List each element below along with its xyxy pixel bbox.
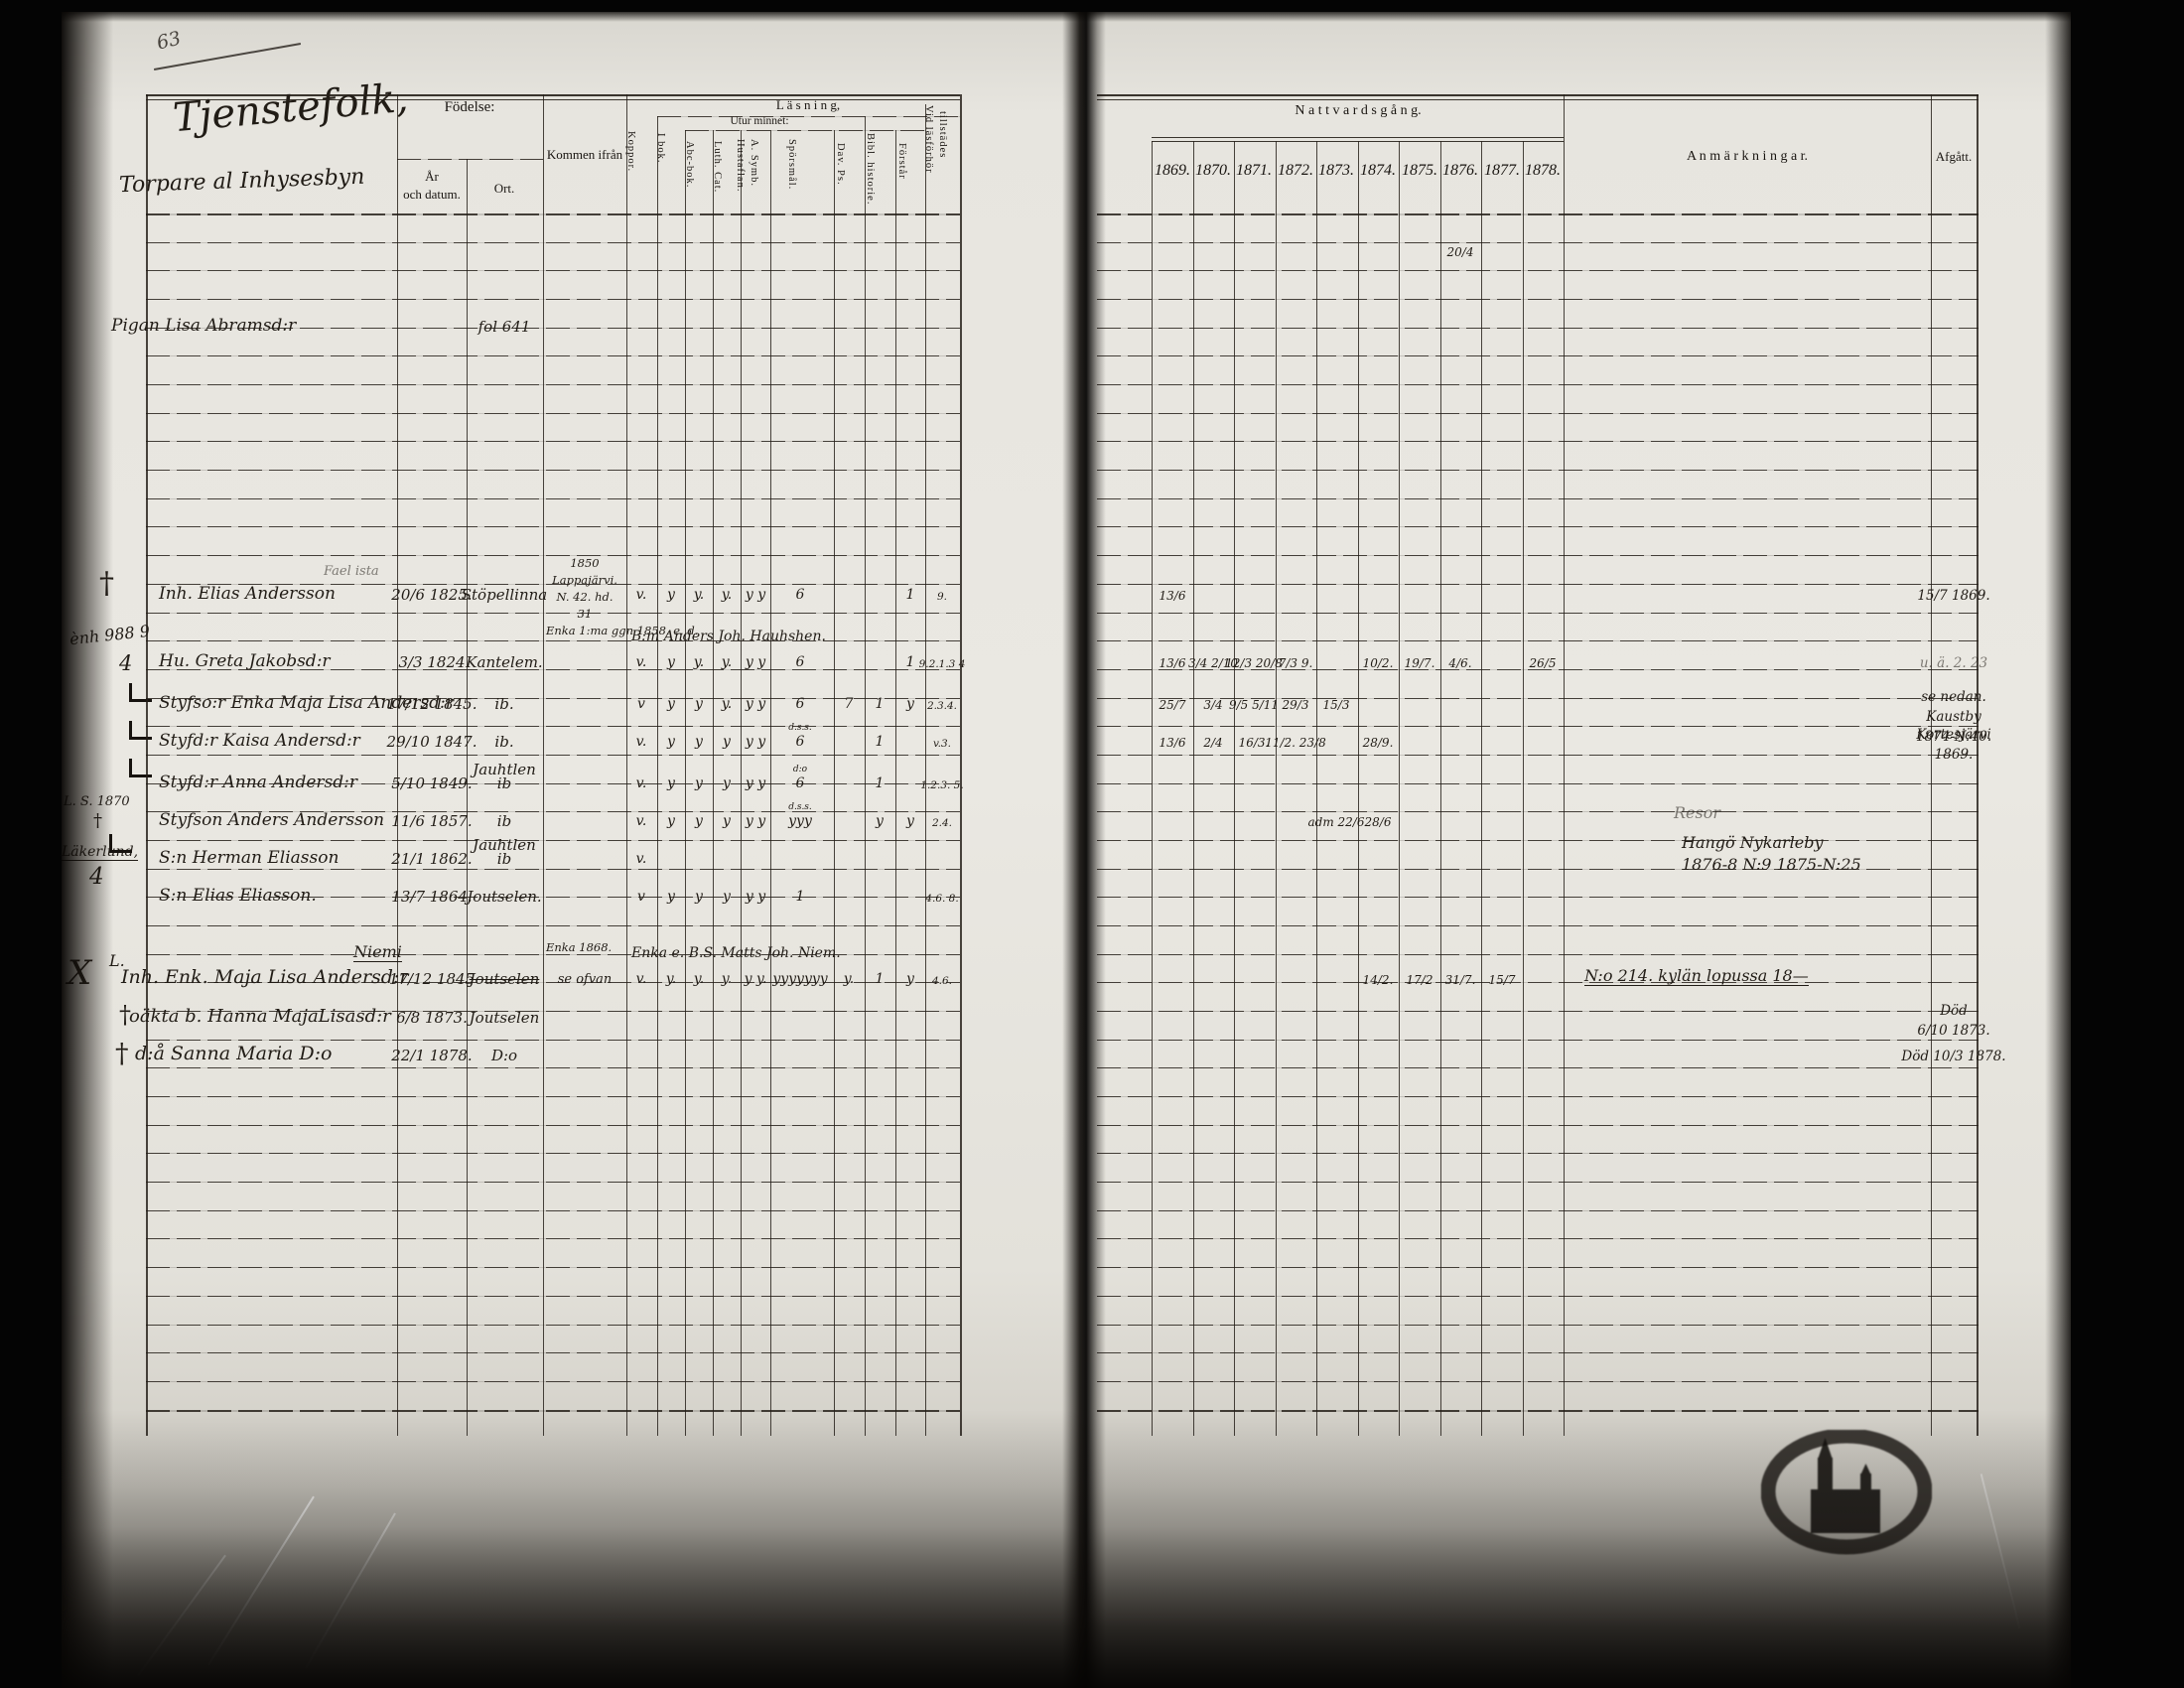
grid-hline [146,99,960,100]
grid-hline [146,1296,960,1297]
departed-note: Död 10/3 1878. [1901,1049,2005,1064]
entry-name-note: Niemi [353,942,402,962]
grid-hline [1097,1267,1979,1268]
reading-mark: y y [746,654,765,670]
grid-hline [146,1210,960,1211]
entry-name: S:n Herman Eliasson [159,848,339,868]
grid-hline [146,840,960,841]
reading-mark: 6 [796,775,805,791]
year-label: 1870. [1195,162,1231,180]
reading-mark: y. [722,587,733,603]
year-label: 1872. [1278,162,1313,180]
margin-bracket [129,759,152,777]
grid-hline [1097,1296,1979,1297]
scanned-ledger-page: 63 Tjenstefolk, Torpare al Inhysesbyn Fö… [0,0,2184,1688]
book-gutter-shadow [1062,12,1106,1688]
reading-mark: y. [722,654,733,670]
margin-bracket [129,721,152,740]
grid-hline [1097,1325,1979,1326]
reading-mark: y [876,813,884,829]
margin-four-b: 4 [89,864,104,890]
remark-note: N:o 214. kylän lopussa 18— [1584,966,1809,986]
section-title-script: Tjenstefolk, [171,75,410,142]
reading-mark: v. [636,587,647,603]
departed-note: 15/7 1869. [1917,588,1989,604]
grid-hline [146,1352,960,1353]
remark-note: 1876-8 N:9 1875-N:25 [1682,855,1861,874]
grid-hline [1097,270,1979,271]
communion-date: 3/4 [1203,698,1222,712]
departed-note: u. ä. 2. 23 [1920,655,1987,671]
grid-hline [146,925,960,926]
header-birth-group: Födelse: [445,99,495,116]
grid-hline [1097,213,1979,215]
paper-sheet: 63 Tjenstefolk, Torpare al Inhysesbyn Fö… [62,12,2071,1688]
reading-mark: y. [844,971,855,987]
year-label: 1878. [1525,162,1561,180]
grid-hline [1097,982,1979,983]
grid-hline [1097,897,1979,898]
margin-bracket [129,683,152,702]
grid-vline [834,130,835,1436]
reading-mark: yyyyyyy [772,971,827,987]
scan-scratch [305,1513,396,1669]
year-label: 1871. [1236,162,1272,180]
grid-hline [146,1325,960,1326]
entry-name-note: Fael ista [324,564,379,579]
grid-hline [1097,94,1979,96]
reading-mark: y [695,775,703,791]
grid-hline [1097,1182,1979,1183]
reading-mark: v [637,889,645,905]
header-bibl-hist: Bibl. historie. [865,133,876,205]
grid-vline [1234,141,1235,1436]
entry-birth-place: ib [497,812,511,830]
communion-date: 20/4 [1447,245,1474,259]
reading-mark: v. [636,775,647,791]
grid-vline [146,94,148,1436]
communion-date: 9/5 5/11 [1229,698,1279,712]
reading-mark: y y. [745,971,767,987]
entry-born-date: 22/1 1878. [391,1047,472,1064]
entry-come-from-note: Enka 1868. [546,940,612,954]
entry-born-date: 21/1 1862. [391,850,472,868]
header-forstar: Förstår [896,143,907,180]
year-label: 1873. [1318,162,1354,180]
grid-hline [1097,555,1979,556]
entry-come-from: N. 42. hd. [556,590,613,604]
departed-note: 1869. [1935,747,1974,763]
entry-birth-place: Kantelem. [466,653,542,671]
grid-vline [397,94,398,1436]
grid-vline [1276,141,1277,1436]
grid-hline [1097,1381,1979,1382]
header-birth-date-2: och datum. [403,187,461,203]
entry-birth-place-note: Jauhtlen [473,836,536,854]
entry-come-from: se ofvan [558,972,613,987]
grid-hline [1097,384,1979,385]
communion-date: adm 22/6 [1308,815,1365,829]
grid-hline [146,1067,960,1068]
corner-page-number: 63 [155,27,184,54]
grid-hline [1097,1238,1979,1239]
scan-scratch [207,1496,315,1666]
grid-hline [1097,498,1979,499]
grid-vline [1977,94,1979,1436]
reading-mark: y [667,734,675,750]
grid-vline [1399,141,1400,1436]
header-birth-date-1: År [425,169,439,185]
grid-hline [1097,1067,1979,1068]
remark-note: Resor [1674,803,1720,822]
header-departed: Afgått. [1936,149,1972,165]
grid-vline [895,130,896,1436]
grid-vline [657,116,658,1436]
grid-hline [146,1410,960,1412]
reading-mark: 1 [876,734,885,750]
communion-date: 25/7 [1160,698,1186,712]
reading-mark: y y [746,813,765,829]
grid-hline [1097,413,1979,414]
year-label: 1876. [1442,162,1478,180]
grid-hline [1097,640,1979,641]
grid-vline [467,159,468,1436]
communion-date: 12/3 20/8 [1225,656,1283,670]
margin-inh-note: ènh 988 9 [68,622,151,648]
departed-note: 6/10 1873. [1917,1023,1989,1039]
grid-hline [146,242,960,243]
grid-hline [146,441,960,442]
grid-hline [146,270,960,271]
reading-mark: y y [746,696,765,712]
communion-date: 28/9. [1363,736,1394,750]
grid-hline [1097,925,1979,926]
reading-mark: 1 [876,971,885,987]
communion-date: 11/2. 23/8 [1265,736,1326,750]
grid-vline [865,116,866,1436]
departed-note: Kaustby [1926,709,1980,725]
entry-born-date: 3/3 1824 [398,653,465,671]
reading-mark: 6 [796,696,805,712]
reading-mark: v. [636,734,647,750]
communion-date: 13/6 [1160,736,1186,750]
grid-hline [1097,726,1979,727]
header-sporsmal: Spörsmål. [786,139,797,190]
entry-come-from: 1850 [570,556,599,570]
entry-spanning-note: B:m Anders Joh. Hauhshen. [631,629,826,644]
entry-come-from: 31 [578,607,593,621]
entry-name: Inh. Elias Andersson [159,584,336,604]
grid-hline [146,498,960,499]
reading-mark: 9. [937,591,947,603]
grid-hline [146,755,960,756]
grid-vline [770,130,771,1436]
header-hustavlan-2: A. Symb. [749,139,759,187]
reading-mark: 1 [906,654,915,670]
entry-born-date: 20/6 1825. [391,586,472,604]
entry-born-date: 17/12 1845. [387,695,478,713]
grid-vline [741,130,742,1436]
entry-name: Hu. Greta Jakobsd:r [159,651,331,671]
grid-vline [543,94,544,1436]
entry-born-date: 6/8 1873. [396,1009,468,1027]
reading-mark: y [667,775,675,791]
margin-cross-sanna: † [115,1039,129,1069]
header-come-from: Kommen ifrån [547,147,622,163]
reading-mark: 4.6. [932,975,952,987]
communion-date: 17/2 [1407,973,1433,987]
grid-vline [960,94,962,1436]
entry-born-date: 11/6 1857. [391,812,472,830]
grid-hline [146,413,960,414]
entry-name: S:n Elias Eliasson. [159,886,317,906]
reading-mark: y [723,775,731,791]
grid-hline [1097,1011,1979,1012]
entry-born-date: 13/7 1864. [391,888,472,906]
margin-cross: † [99,566,114,601]
reading-mark: y y [746,889,765,905]
reading-mark: v. [636,654,647,670]
reading-mark: 2.3.4. [927,700,957,712]
grid-hline [146,1153,960,1154]
reading-mark: y. [694,654,705,670]
communion-date: 28/6 [1365,815,1392,829]
reading-mark: y y [746,734,765,750]
entry-birth-place: fol 641 [478,318,531,336]
grid-hline [146,1381,960,1382]
reading-mark: 6 [796,587,805,603]
reading-mark: y [723,734,731,750]
reading-mark: y [906,971,914,987]
reading-mark: 1 [906,587,915,603]
year-label: 1869. [1155,162,1190,180]
year-label: 1877. [1484,162,1520,180]
grid-vline [1523,141,1524,1436]
grid-hline [1097,1410,1979,1412]
section-subtitle-script: Torpare al Inhysesbyn [119,165,365,199]
grid-hline [1097,470,1979,471]
reading-mark: 7 [845,696,854,712]
grid-hline [1097,1210,1979,1211]
communion-date: 10/2. [1363,656,1394,670]
remark-note: Hangö Nykarleby [1682,833,1824,852]
scan-scratch [1980,1474,2021,1628]
communion-date: 4/6. [1448,656,1471,670]
reading-mark: y [695,734,703,750]
departed-note: se nedan. [1921,689,1986,705]
entry-birth-place: Joutselen. [467,888,541,906]
margin-x-mark: X [68,953,91,993]
entry-birth-place: ib. [494,733,513,751]
grid-hline [1097,755,1979,756]
entry-born-date: 17/12 1845 [389,970,475,988]
entry-name: Styfd:r Kaisa Andersd:r [159,731,360,751]
communion-date: 26/5 [1530,656,1557,670]
reading-mark: y. [694,971,705,987]
communion-date: 15/3 [1323,698,1350,712]
reading-mark: 6 [796,734,805,750]
entry-come-from: Lappajärvi. [552,573,617,587]
communion-date: 29/3 [1283,698,1309,712]
grid-hline [146,213,960,215]
entry-name: Styfd:r Anna Andersd:r [159,773,357,792]
communion-date: 13/6 [1160,589,1186,603]
reading-mark: 1 [876,775,885,791]
reading-mark: 9.2.1.3 4 [919,658,966,670]
grid-vline [1152,141,1153,1436]
grid-hline [685,130,925,131]
reading-mark: v. [636,813,647,829]
reading-mark: y [723,889,731,905]
grid-hline [146,1267,960,1268]
header-remarks: A n m ä r k n i n g a r. [1687,149,1808,165]
margin-four-a: 4 [119,651,132,675]
entry-birth-place: Joutselen [470,970,540,988]
top-edge-shadow [62,12,2071,22]
grid-hline [146,1040,960,1041]
grid-hline [1097,441,1979,442]
grid-hline [1097,613,1979,614]
grid-hline [1097,840,1979,841]
grid-hline [146,726,960,727]
grid-hline [146,1096,960,1097]
reading-mark-note: d:o [793,765,807,774]
grid-hline [1097,1153,1979,1154]
grid-hline [1097,526,1979,527]
reading-mark: 6 [796,654,805,670]
grid-hline [146,1125,960,1126]
grid-hline [1097,1096,1979,1097]
reading-mark: y. [666,971,677,987]
entry-spanning-note: Enka e. B.S. Matts Joh. Niem. [631,945,841,961]
reading-mark: y y [746,775,765,791]
grid-hline [1097,328,1979,329]
grid-hline [146,355,960,356]
grid-hline [1097,299,1979,300]
reading-mark: y [667,696,675,712]
reading-mark: v. [636,851,647,867]
margin-ls-cross: † [93,810,102,831]
grid-hline [1097,1040,1979,1041]
grid-vline [626,94,627,1436]
reading-mark: y [906,813,914,829]
reading-mark: y [667,654,675,670]
grid-vline [1316,141,1317,1436]
grid-vline [685,130,686,1436]
grid-hline [146,640,960,641]
year-label: 1874. [1360,162,1396,180]
header-birth-place: Ort. [494,181,515,197]
reading-mark: 1.2.3. 5. [920,779,963,791]
grid-hline [146,555,960,556]
reading-mark: v.3. [933,738,951,750]
entry-name: d:å Sanna Maria D:o [135,1043,333,1064]
grid-vline [1358,141,1359,1436]
grid-hline [146,384,960,385]
departed-note: Död [1940,1003,1968,1019]
communion-date: 15/7 [1489,973,1516,987]
grid-hline [1097,355,1979,356]
entry-birth-place: D:o [491,1047,517,1064]
reading-mark: 2.4. [932,817,952,829]
grid-hline [146,1238,960,1239]
header-tillstades-2: tillstädes [937,111,948,158]
entry-birth-place-note: Jauhtlen [473,761,536,778]
grid-hline [1152,137,1564,138]
reading-mark: y y [746,587,765,603]
header-dav-ps: Dav. Ps. [835,143,846,186]
reading-mark: y [695,813,703,829]
reading-mark: v [637,696,645,712]
grid-hline [1097,242,1979,243]
grid-vline [1440,141,1441,1436]
reading-mark: y [723,813,731,829]
grid-hline [1097,1125,1979,1126]
reading-mark: v. [636,971,647,987]
reading-mark: yyy [788,813,812,829]
grid-hline [146,1182,960,1183]
grid-vline [1564,94,1565,1436]
grid-hline [146,470,960,471]
grid-hline [1097,99,1979,100]
grid-vline [1931,94,1932,1436]
grid-hline [146,94,960,96]
grid-hline [146,613,960,614]
reading-mark: y. [722,971,733,987]
grid-hline [397,159,543,160]
communion-date: 31/7. [1445,973,1476,987]
reading-mark: y [667,813,675,829]
communion-date: 13/6 [1160,656,1186,670]
reading-mark: y. [722,696,733,712]
grid-vline [713,130,714,1436]
entry-birth-place: Joutselen [470,1009,540,1027]
reading-mark: 1 [876,696,885,712]
grid-hline [1097,584,1979,585]
departed-note: Kortesjärvi [1916,727,1990,743]
grid-hline [1097,1352,1979,1353]
parish-seal-icon [1761,1430,1932,1557]
reading-mark: 1 [796,889,805,905]
right-edge-shadow [2045,12,2071,1688]
entry-name: Styfson Anders Andersson [159,810,384,830]
grid-hline [1097,783,1979,784]
entry-birth-place: Stöpellinna [462,586,547,604]
reading-mark: y [667,587,675,603]
margin-bracket [109,834,132,853]
entry-birth-place: ib. [494,695,513,713]
reading-mark: y [667,889,675,905]
grid-hline [1097,954,1979,955]
communion-date: 7/3 9. [1279,656,1313,670]
reading-mark: y [695,889,703,905]
communion-date: 19/7. [1405,656,1435,670]
entry-name: Pigan Lisa Abramsd:r [111,316,296,336]
reading-mark-note: d.s.s. [788,802,812,812]
entry-born-date: 29/10 1847. [387,733,478,751]
reading-mark: 4.6. 8. [925,893,958,905]
reading-mark: y [906,696,914,712]
entry-born-date: 5/10 1849. [391,774,472,792]
grid-hline [657,116,960,117]
year-label: 1875. [1402,162,1437,180]
reading-mark-note: d.s.s. [788,723,812,733]
communion-date: 2/4 [1203,736,1222,750]
grid-vline [1193,141,1194,1436]
grid-hline [146,299,960,300]
grid-vline [925,104,926,1436]
reading-mark: y. [694,587,705,603]
